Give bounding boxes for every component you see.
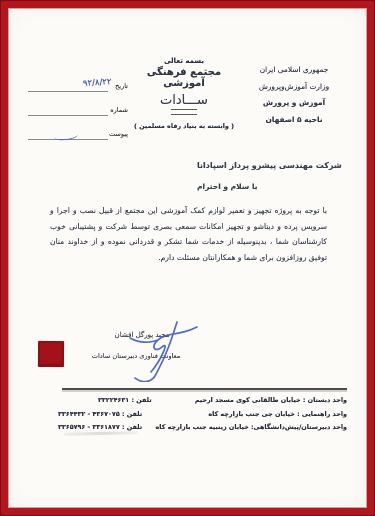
date-field: تاریخ ۹۲/۸/۲۲ [28,80,128,104]
letter-meta-fields: تاریخ ۹۲/۸/۲۲ شماره پیوست [28,80,128,152]
organization-title: مجتمع فرهنگی آموزشی [127,67,241,89]
footer-divider [62,388,347,390]
letterhead: بسمه تعالی مجتمع فرهنگی آموزشی ســـادات … [127,57,241,130]
phone-group: تلفن : ۴۳۶۷۰۷۵ - ۳۳۶۴۴۳۲ [58,408,142,422]
footer-row-middle-school: واحد راهنمایی : خیابان جی جنب بازارچه کا… [58,408,347,422]
education-title: آموزش و پرورش [241,95,347,112]
date-label: تاریخ [115,82,128,90]
organization-name: ســـادات [127,93,241,108]
government-header: جمهوری اسلامی ایران وزارت آموزش‌وپرورش آ… [241,62,347,128]
number-line [28,115,108,116]
footer-row-primary-school: واحد دبستان : خیابان طالقانی کوی مسجد ار… [58,394,347,408]
date-line [28,91,108,92]
address-text: واحد راهنمایی : خیابان جی جنب بازارچه کا… [208,408,347,422]
number-field: شماره [28,104,128,128]
scan-smudge [64,431,138,436]
ministry-title: وزارت آموزش‌وپرورش [241,79,347,96]
stamp-mark [38,341,64,367]
phone-label: تلفن : [122,423,142,431]
address-text: واحد دبیرستان/پیش‌دانشگاهی: خیابان زینبی… [156,421,347,435]
attachment-field: پیوست [28,128,128,152]
country-title: جمهوری اسلامی ایران [241,62,347,79]
footer-contacts: واحد دبستان : خیابان طالقانی کوی مسجد ار… [58,394,347,435]
scanned-letter: جمهوری اسلامی ایران وزارت آموزش‌وپرورش آ… [0,0,375,516]
letter-body-paragraph: با توجه به پروژه تجهیز و تعمیر لوازم کمک… [50,203,327,265]
handwritten-date: ۹۲/۸/۲۲ [83,77,112,89]
signature-scribble-icon [125,320,201,382]
affiliation-text: ( وابسته به بنیاد رفاه مسلمین ) [127,122,241,130]
attachment-label: پیوست [109,130,128,138]
recipient-line: شرکت مهندسی پیشرو پرداز اسپادانا [197,161,342,170]
phone-number: ۳۳۶۱۸۷۷ - ۳۳۶۵۷۹۶ [58,423,120,431]
phone-number: ۴۳۶۷۰۷۵ - ۳۳۶۴۴۳۲ [58,410,120,418]
address-text: واحد دبستان : خیابان طالقانی کوی مسجد ار… [195,394,347,408]
salutation-line: با سلام و احترام [197,182,257,191]
phone-label: تلفن : [122,410,142,418]
phone-number: ۳۳۲۲۴۶۳۱ [98,396,129,404]
number-label: شماره [110,106,128,114]
phone-label: تلفن : [131,396,151,404]
name-underline [171,109,197,115]
bismillah-text: بسمه تعالی [127,57,241,65]
district-title: ناحیه ۵ اصفهان [241,112,347,129]
phone-group: تلفن : ۳۳۲۲۴۶۳۱ [98,394,152,408]
